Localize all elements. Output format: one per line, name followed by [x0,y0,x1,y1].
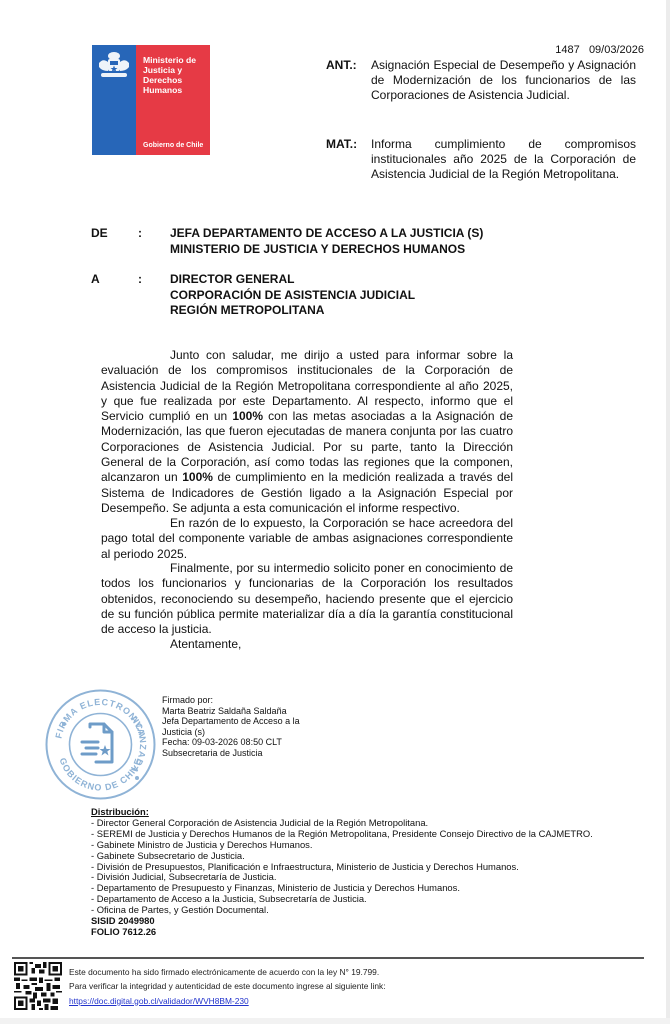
signer-line: Firmado por: [162,695,300,706]
qr-code-icon[interactable] [14,962,62,1010]
paragraph-text: Finalmente, por su intermedio solicito p… [101,561,513,637]
logo-line: Humanos [143,85,196,95]
signer-name: Marta Beatriz Saldaña Saldaña [162,706,300,717]
ministry-logo: Ministerio de Justicia y Derechos Humano… [92,45,210,155]
distribution-item: - Gabinete Ministro de Justicia y Derech… [91,840,611,851]
signer-date: Fecha: 09-03-2026 08:50 CLT [162,737,300,748]
body-paragraph-3: Finalmente, por su intermedio solicito p… [101,561,513,637]
highlight-percent: 100% [182,470,213,484]
page-edge [666,0,670,1024]
from-block: DE : JEFA DEPARTAMENTO DE ACCESO A LA JU… [91,226,483,257]
validation-link[interactable]: https://doc.digital.gob.cl/validador/WVH… [69,996,249,1006]
footer-legal-text: Este documento ha sido firmado electróni… [69,965,386,979]
signer-title: Jefa Departamento de Acceso a la [162,716,300,727]
body-paragraph-2: En razón de lo expuesto, la Corporación … [101,516,513,562]
signer-organization: Subsecretaria de Justicia [162,748,300,759]
signer-title: Justicia (s) [162,727,300,738]
mat-label: MAT.: [326,137,357,152]
body-paragraph-1: Junto con saludar, me dirijo a usted par… [101,348,513,516]
ant-label: ANT.: [326,58,357,73]
logo-red-band: Ministerio de Justicia y Derechos Humano… [136,45,210,155]
from-line: MINISTERIO DE JUSTICIA Y DERECHOS HUMANO… [170,242,483,258]
distribution-item: - Oficina de Partes, y Gestión Documenta… [91,905,611,916]
highlight-percent: 100% [232,409,263,423]
from-line: JEFA DEPARTAMENTO DE ACCESO A LA JUSTICI… [170,226,483,242]
to-label: A [91,272,100,288]
logo-line: Derechos [143,75,196,85]
logo-line: Justicia y [143,65,196,75]
document-date: 09/03/2026 [589,44,644,56]
signer-info: Firmado por: Marta Beatriz Saldaña Salda… [162,695,300,759]
coat-of-arms-icon [96,49,132,83]
to-colon: : [138,272,142,288]
distribution-item: - Gabinete Subsecretario de Justicia. [91,851,611,862]
to-block: A : DIRECTOR GENERAL CORPORACIÓN DE ASIS… [91,272,415,319]
logo-blue-band [92,45,136,155]
mat-block: MAT.: Informa cumplimiento de compromiso… [326,137,636,183]
footer-divider [12,957,644,959]
to-line: CORPORACIÓN DE ASISTENCIA JUDICIAL [170,288,415,304]
footer-verify-text: Para verificar la integridad y autentici… [69,979,386,993]
ant-block: ANT.: Asignación Especial de Desempeño y… [326,58,636,104]
page-bottom-edge [0,1018,670,1024]
logo-ministry-name: Ministerio de Justicia y Derechos Humano… [143,55,196,95]
to-line: REGIÓN METROPOLITANA [170,303,415,319]
to-line: DIRECTOR GENERAL [170,272,415,288]
document-number-date: 1487 09/03/2026 [555,44,644,56]
document-number: 1487 [555,44,579,56]
closing: Atentamente, [170,637,241,651]
electronic-signature-seal-icon: FIRMA ELECTRONICA AVANZADA GOBIERNO DE C… [44,688,157,801]
paragraph-text: En razón de lo expuesto, la Corporación … [101,516,513,562]
logo-line: Ministerio de [143,55,196,65]
from-label: DE [91,226,108,242]
mat-text: Informa cumplimiento de compromisos inst… [371,137,636,183]
ant-text: Asignación Especial de Desempeño y Asign… [371,58,636,104]
folio-number: FOLIO 7612.26 [91,927,611,938]
distribution-list: Distribución: - Director General Corpora… [91,807,611,938]
verification-footer: Este documento ha sido firmado electróni… [69,965,386,1008]
sisid-number: SISID 2049980 [91,916,611,927]
from-colon: : [138,226,142,242]
logo-government: Gobierno de Chile [143,142,203,149]
paragraph-text: Junto con saludar, me dirijo a usted par… [101,348,513,516]
